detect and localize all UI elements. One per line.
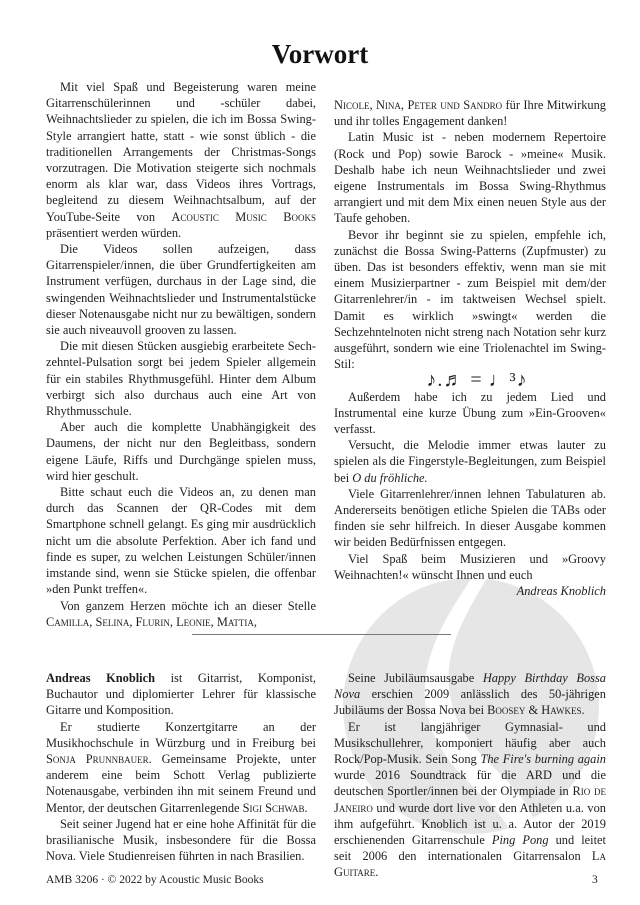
page-title: Vorwort	[0, 39, 640, 70]
paragraph: Die Videos sollen aufzeigen, dass Gitarr…	[46, 241, 316, 338]
paragraph: Andreas Knoblich ist Gitarrist, Komponis…	[46, 670, 316, 719]
paragraph: Von ganzem Herzen möchte ich an dieser S…	[46, 598, 316, 630]
paragraph: Nicole, Nina, Peter und Sandro für Ihre …	[334, 97, 606, 129]
signature: Andreas Knoblich	[334, 583, 606, 599]
paragraph: Außerdem habe ich zu jedem Lied und Inst…	[334, 389, 606, 438]
song-title: O du fröhliche.	[352, 471, 427, 485]
student-names: Camilla, Selina, Flurin, Leonie, Mattia,	[46, 615, 257, 629]
paragraph: Mit viel Spaß und Begeisterung waren mei…	[46, 79, 316, 241]
paragraph: Die mit diesen Stücken ausgiebig erarbei…	[46, 338, 316, 419]
publisher-name: Acoustic Music Books	[171, 210, 316, 224]
swing-rhythm-notation-icon: ♪.♬ = ♩³♪	[334, 372, 606, 388]
paragraph: Er ist langjähriger Gymnasial- und Musik…	[334, 719, 606, 881]
paragraph: Seit seiner Jugend hat er eine hohe Affi…	[46, 816, 316, 865]
page-number: 3	[592, 874, 598, 886]
paragraph: Er studierte Konzertgitarre an der Musik…	[46, 719, 316, 816]
paragraph: Bevor ihr beginnt sie zu spielen, empfeh…	[334, 227, 606, 373]
bio-left-column: Andreas Knoblich ist Gitarrist, Komponis…	[46, 670, 316, 864]
foreword-right-column: Nicole, Nina, Peter und Sandro für Ihre …	[334, 97, 606, 599]
footer-copyright: AMB 3206 · © 2022 by Acoustic Music Book…	[46, 874, 264, 886]
foreword-left-column: Mit viel Spaß und Begeisterung waren mei…	[46, 79, 316, 630]
paragraph: Bitte schaut euch die Videos an, zu dene…	[46, 484, 316, 597]
student-names: Nicole, Nina, Peter und Sandro	[334, 98, 502, 112]
author-name: Andreas Knoblich	[46, 671, 155, 685]
paragraph: Aber auch die komplette Unabhängigkeit d…	[46, 419, 316, 484]
paragraph: Viele Gitarrenlehrer/innen lehnen Tabula…	[334, 486, 606, 551]
paragraph: Latin Music ist - neben modernem Reperto…	[334, 129, 606, 226]
paragraph: Seine Jubiläumsausgabe Happy Birthday Bo…	[334, 670, 606, 719]
bio-right-column: Seine Jubiläumsausgabe Happy Birthday Bo…	[334, 670, 606, 881]
paragraph: Viel Spaß beim Musizieren und »Groovy We…	[334, 551, 606, 583]
section-divider	[192, 634, 451, 635]
paragraph: Versucht, die Melodie immer etwas lauter…	[334, 437, 606, 486]
